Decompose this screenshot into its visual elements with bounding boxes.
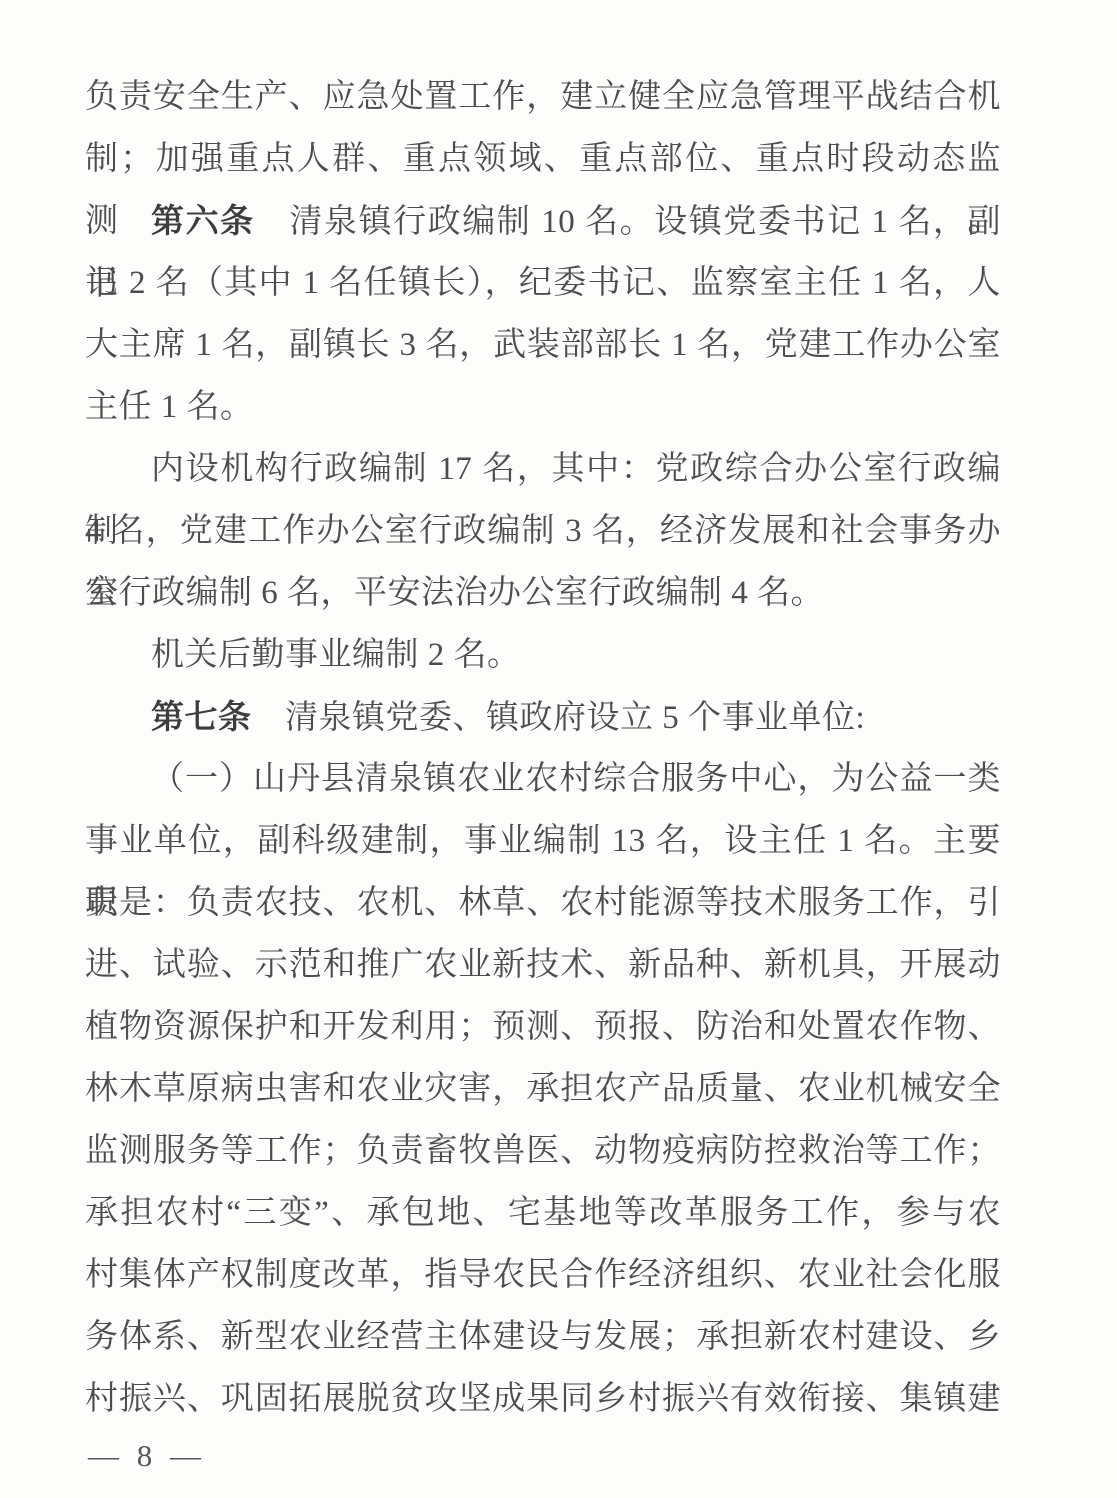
text-run: 清泉镇党委、镇政府设立 5 个事业单位: [252, 700, 866, 736]
text-run: 村振兴、巩固拓展脱贫攻坚成果同乡村振兴有效衔接、集镇建 [85, 1381, 1001, 1417]
text-line: 第七条 清泉镇党委、镇政府设立 5 个事业单位: [85, 686, 1001, 748]
text-run: 机关后勤事业编制 2 名。 [151, 637, 521, 673]
text-line: 村集体产权制度改革，指导农民合作经济组织、农业社会化服 [85, 1244, 1001, 1306]
text-line: 务体系、新型农业经营主体建设与发展；承担新农村建设、乡 [85, 1306, 1001, 1368]
text-line: 内设机构行政编制 17 名，其中：党政综合办公室行政编制 [85, 438, 1001, 500]
text-run: 大主席 1 名，副镇长 3 名，武装部部长 1 名，党建工作办公室 [85, 327, 1001, 363]
text-run: 植物资源保护和开发利用；预测、预报、防治和处置农作物、 [85, 1009, 1001, 1045]
text-line: 4 名，党建工作办公室行政编制 3 名，经济发展和社会事务办公 [85, 500, 1001, 562]
text-line: 主任 1 名。 [85, 376, 1001, 438]
text-run: 记 2 名（其中 1 名任镇长），纪委书记、监察室主任 1 名，人 [85, 265, 1001, 301]
text-run: 进、试验、示范和推广农业新技术、新品种、新机具，开展动 [85, 947, 1001, 983]
text-line: 事业单位，副科级建制，事业编制 13 名，设主任 1 名。主要职 [85, 810, 1001, 872]
article-heading: 第七条 [151, 698, 252, 735]
text-line: 进、试验、示范和推广农业新技术、新品种、新机具，开展动 [85, 934, 1001, 996]
text-run: 承担农村“三变”、承包地、宅基地等改革服务工作，参与农 [85, 1195, 1001, 1231]
text-run: 负责安全生产、应急处置工作，建立健全应急管理平战结合机 [85, 79, 1001, 115]
document-body: 负责安全生产、应急处置工作，建立健全应急管理平战结合机制；加强重点人群、重点领域… [85, 66, 1001, 1430]
text-line: 室行政编制 6 名，平安法治办公室行政编制 4 名。 [85, 562, 1001, 624]
text-run: 责是：负责农技、农机、林草、农村能源等技术服务工作，引 [85, 885, 1001, 921]
text-line: 第六条 清泉镇行政编制 10 名。设镇党委书记 1 名，副书 [85, 190, 1001, 252]
text-run: （一）山丹县清泉镇农业农村综合服务中心，为公益一类 [151, 761, 1001, 797]
text-line: 制；加强重点人群、重点领域、重点部位、重点时段动态监测。 [85, 128, 1001, 190]
document-page: 负责安全生产、应急处置工作，建立健全应急管理平战结合机制；加强重点人群、重点领域… [0, 0, 1117, 1498]
text-line: 责是：负责农技、农机、林草、农村能源等技术服务工作，引 [85, 872, 1001, 934]
text-line: 负责安全生产、应急处置工作，建立健全应急管理平战结合机 [85, 66, 1001, 128]
text-run: 室行政编制 6 名，平安法治办公室行政编制 4 名。 [85, 575, 824, 611]
text-line: 大主席 1 名，副镇长 3 名，武装部部长 1 名，党建工作办公室 [85, 314, 1001, 376]
text-line: 记 2 名（其中 1 名任镇长），纪委书记、监察室主任 1 名，人 [85, 252, 1001, 314]
text-line: 承担农村“三变”、承包地、宅基地等改革服务工作，参与农 [85, 1182, 1001, 1244]
text-line: 林木草原病虫害和农业灾害，承担农产品质量、农业机械安全 [85, 1058, 1001, 1120]
text-run: 监测服务等工作；负责畜牧兽医、动物疫病防控救治等工作； [85, 1133, 1001, 1169]
text-line: （一）山丹县清泉镇农业农村综合服务中心，为公益一类 [85, 748, 1001, 810]
text-line: 监测服务等工作；负责畜牧兽医、动物疫病防控救治等工作； [85, 1120, 1001, 1182]
text-line: 机关后勤事业编制 2 名。 [85, 624, 1001, 686]
text-run: 务体系、新型农业经营主体建设与发展；承担新农村建设、乡 [85, 1319, 1001, 1355]
text-run: 村集体产权制度改革，指导农民合作经济组织、农业社会化服 [85, 1257, 1001, 1293]
text-run: 主任 1 名。 [85, 389, 254, 425]
text-line: 植物资源保护和开发利用；预测、预报、防治和处置农作物、 [85, 996, 1001, 1058]
text-line: 村振兴、巩固拓展脱贫攻坚成果同乡村振兴有效衔接、集镇建 [85, 1368, 1001, 1430]
text-run: 林木草原病虫害和农业灾害，承担农产品质量、农业机械安全 [85, 1071, 1001, 1107]
page-number: — 8 — [88, 1438, 206, 1474]
article-heading: 第六条 [151, 202, 255, 239]
